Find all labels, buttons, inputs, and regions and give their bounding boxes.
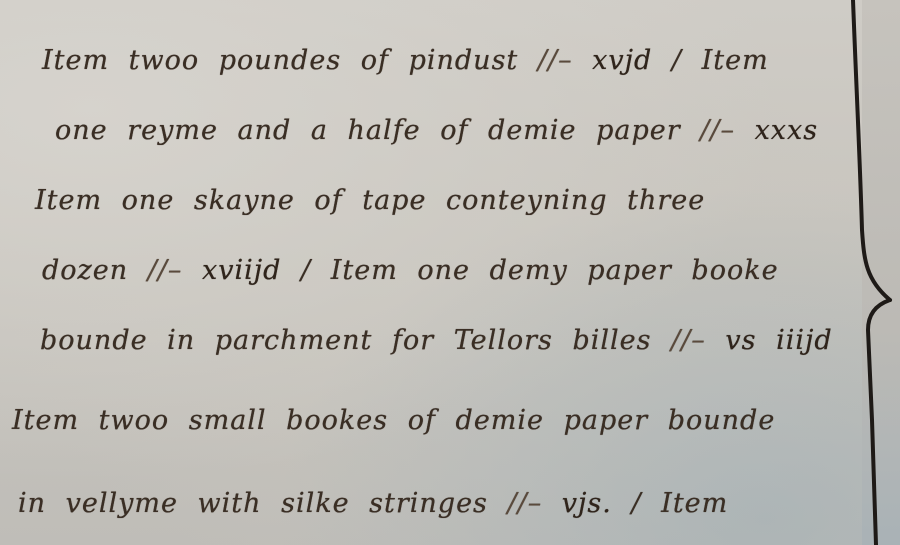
page-margin — [862, 0, 900, 545]
manuscript-line-4: dozen //– xviijd / Item one demy paper b… — [42, 255, 779, 286]
line-trailing: / Item one demy paper booke — [301, 255, 779, 286]
line-separator: //– — [508, 488, 543, 519]
manuscript-line-2: one reyme and a halfe of demie paper //–… — [55, 115, 818, 146]
line-trailing: / Item — [672, 45, 769, 76]
manuscript-line-3: Item one skayne of tape conteyning three — [35, 185, 705, 216]
line-separator: //– — [700, 115, 735, 146]
line-text: dozen — [42, 255, 128, 286]
line-text: Item twoo small bookes of demie paper bo… — [12, 405, 775, 436]
line-trailing: / Item — [631, 488, 728, 519]
manuscript-line-1: Item twoo poundes of pindust //– xvjd / … — [42, 45, 769, 76]
manuscript-line-6: Item twoo small bookes of demie paper bo… — [12, 405, 775, 436]
manuscript-line-7: in vellyme with silke stringes //– vjs. … — [18, 488, 728, 519]
manuscript-line-5: bounde in parchment for Tellors billes /… — [40, 325, 833, 356]
line-separator: //– — [671, 325, 706, 356]
line-text: one reyme and a halfe of demie paper — [55, 115, 681, 146]
line-amount: vjs. — [562, 488, 612, 519]
line-separator: //– — [148, 255, 183, 286]
line-amount: xvjd — [592, 45, 652, 76]
line-separator: //– — [538, 45, 573, 76]
line-text: Item one skayne of tape conteyning three — [35, 185, 705, 216]
line-text: Item twoo poundes of pindust — [42, 45, 518, 76]
line-text: in vellyme with silke stringes — [18, 488, 488, 519]
line-text: bounde in parchment for Tellors billes — [40, 325, 652, 356]
line-amount: xxxs — [755, 115, 819, 146]
line-amount: xviijd — [202, 255, 281, 286]
line-amount: vs iiijd — [725, 325, 832, 356]
